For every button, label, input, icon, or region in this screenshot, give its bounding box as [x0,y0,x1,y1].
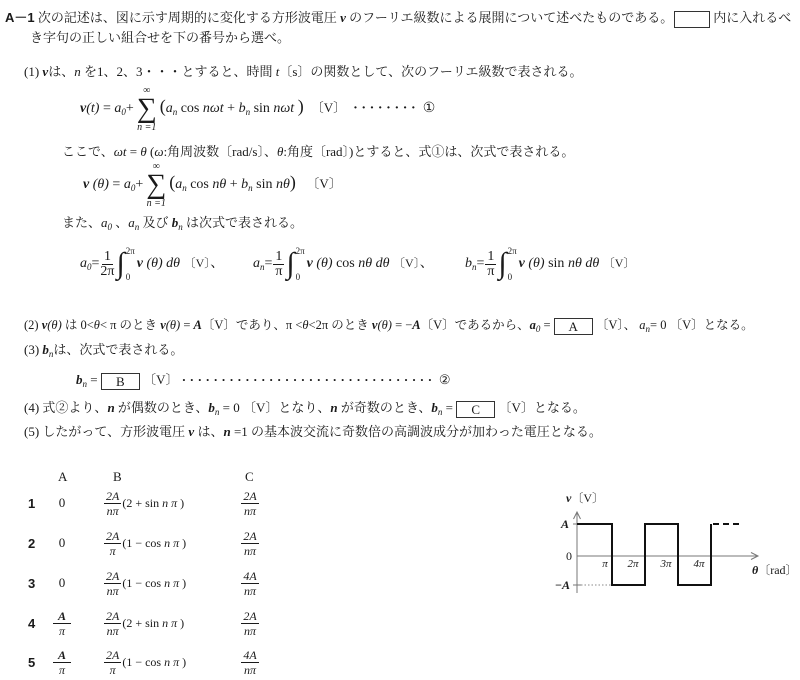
fraction: 2Anπ [104,489,121,518]
choice-c: 2Anπ [235,526,265,560]
choice-b: 2Anπ (2 + sin n π ) [103,486,184,520]
text: =1 の基本波交流に奇数倍の高調波成分が加わった電圧となる。 [234,424,602,439]
blank-box [674,11,710,28]
arg: nθ [212,177,226,192]
question-intro-line1: A－1 次の記述は、図に示す周期的に変化する方形波電圧 v のフーリエ級数による… [5,9,791,28]
sub: n [178,222,183,232]
text: は、 [48,64,74,79]
choice-c: 4Anπ [235,566,265,600]
plus: + [230,177,238,192]
plus: + [135,177,143,192]
lower-limit: 0 [296,272,305,282]
sub: n [135,222,140,232]
numerator: 2A [241,489,258,504]
arg: (θ) [166,318,180,332]
equals: = [90,372,97,387]
text: 、 [420,256,434,271]
arg: nθ [568,256,582,271]
integral: ∫2π0 [286,246,304,282]
tick-label-2pi: 2π [627,558,639,570]
denominator: nπ [107,584,119,598]
level-pos-label: A [560,517,569,531]
integral-icon: ∫ [286,247,294,281]
arg: (θ) [377,318,391,332]
integral-a0: a0=12π∫2π0v (θ) dθ 〔V〕、 [80,246,224,282]
var-v: v [307,256,313,271]
item-label: (3) [24,342,39,357]
numerator: 2A [241,529,258,544]
choice-a: 0 [47,526,77,560]
text: < π のとき [100,318,157,332]
text: 〔V〕、 [596,318,636,332]
sub: n [246,107,251,117]
expr: ) [180,616,184,631]
arg: nθ [358,256,372,271]
text: が偶数のとき、 [118,400,208,415]
choice-row-5: 5 Aπ 2Aπ (1 − cos n π ) 4Anπ [0,645,300,679]
text: は、次式で表される。 [53,342,183,357]
denominator: π [275,265,282,279]
choice-a: Aπ [47,645,77,679]
upper-limit: 2π [126,246,135,256]
numerator: 2A [104,489,121,504]
integral-icon: ∫ [498,247,506,281]
expr: (2 + sin [122,616,159,631]
item-4: (4) 式②より、n が偶数のとき、bn = 0 〔V〕となり、n が奇数のとき… [24,399,586,418]
tick-label-pi: π [602,558,608,570]
arg: (θ) [316,256,332,271]
numerator: 2A [104,529,121,544]
expr-var: n π [162,616,177,631]
fraction: 2Anπ [241,609,258,638]
lower-limit: 0 [508,272,517,282]
item-2: (2) v(θ) は 0<θ< π のとき v(θ) = A〔V〕であり、π <… [24,316,754,335]
fraction: 4Anπ [241,648,258,677]
equals: = [92,256,100,271]
expr: ) [182,655,186,670]
fraction: Aπ [53,609,71,638]
item-label: (5) [24,424,39,439]
denominator: nπ [107,504,119,518]
arg: (θ) [93,177,109,192]
sum-lower: n =1 [147,198,166,209]
column-header-c: C [245,468,254,486]
expr: (1 − cos [122,536,161,551]
fraction: 2Aπ [104,529,121,558]
plus: + [227,101,235,116]
level-neg-label: −A [555,578,570,592]
differential: dθ [585,256,599,271]
text: 式②より、 [42,400,107,415]
var-A: A [412,318,420,332]
text: <2π のとき [309,318,369,332]
choice-a: Aπ [47,606,77,640]
formula-bn: bn = B 〔V〕 ·····························… [76,371,451,390]
numerator: 2A [104,648,121,663]
numerator: 1 [102,250,113,265]
cos: cos [190,177,209,192]
square-wave-figure: v〔V〕 A 0 −A π 2π 3π 4π θ〔rad〕 [540,485,800,610]
choice-a: 0 [47,566,77,600]
text: 〔V〕であるから、 [421,318,530,332]
numerator: 1 [485,250,496,265]
denominator: nπ [244,663,256,677]
choice-a: 0 [47,486,77,520]
question-intro-line2: き字句の正しい組合せを下の番号から選べ。 [30,29,290,47]
denominator: π [487,265,494,279]
choice-c: 2Anπ [235,486,265,520]
item-1: (1) vは、n を1、2、3・・・とすると、時間 t〔s〕の関数として、次のフ… [24,63,583,81]
text: は、 [197,424,223,439]
fraction: 4Anπ [241,569,258,598]
text: :角周波数〔rad/s〕、 [164,144,277,159]
var-theta: θ [140,144,146,159]
fraction: 2Anπ [241,529,258,558]
blank-box-C: C [456,401,495,418]
numerator: 2A [104,569,121,584]
text: :角度〔rad〕)とすると、式①は、次式で表される。 [283,144,574,159]
sin: sin [548,256,564,271]
fraction: 2Anπ [241,489,258,518]
summation: ∞ ∑ n =1 [146,161,166,209]
equation-number: ② [439,372,451,387]
leader-dots: ········ [353,101,419,116]
denominator: nπ [107,624,119,638]
coefficient-intro: また、a0 、an 及び bn は次式で表される。 [62,214,303,232]
expr: ) [180,496,184,511]
sin: sin [254,101,270,116]
equals: = [265,256,273,271]
choice-number: 2 [28,526,35,560]
x-axis-label: θ〔rad〕 [752,563,798,577]
expr-var: n π [162,496,177,511]
integral: ∫2π0 [498,246,516,282]
item-5: (5) したがって、方形波電圧 v は、n =1 の基本波交流に奇数倍の高調波成… [24,423,602,441]
arg: (θ) [146,256,162,271]
formula-fourier-angle: v (θ) = a0+ ∞ ∑ n =1 (an cos nθ + bn sin… [83,161,342,209]
tick-label-3pi: 3π [659,558,672,570]
tick-label-4pi: 4π [693,558,705,570]
blank-box-A: A [554,318,593,335]
sub: n [248,183,253,193]
unit: 〔V〕 [603,256,636,270]
coef-bn: b [239,101,246,116]
item-label: (1) [24,64,39,79]
differential: dθ [166,256,180,271]
text: = − [395,318,412,332]
var-n: n [223,424,230,439]
text: したがって、方形波電圧 [42,424,185,439]
sub: n [182,183,187,193]
arg: nωt [203,101,224,116]
plus: + [126,101,134,116]
numerator: 4A [241,569,258,584]
numerator: 2A [241,609,258,624]
numerator: 4A [241,648,258,663]
sub: n [83,379,88,389]
choice-b: 2Anπ (2 + sin n π ) [103,606,184,640]
choice-row-1: 1 0 2Anπ (2 + sin n π ) 2Anπ [0,486,300,520]
fraction: 12π [100,250,114,279]
text: 及び [143,215,169,230]
var-omega-t: ωt [114,144,127,159]
expr: ) [182,576,186,591]
choice-row-2: 2 0 2Aπ (1 − cos n π ) 2Anπ [0,526,300,560]
numerator: 1 [273,250,284,265]
denominator: nπ [244,584,256,598]
integral: ∫2π0 [116,246,134,282]
text: また、 [62,215,101,230]
cos: cos [181,101,200,116]
choice-row-3: 3 0 2Anπ (1 − cos n π ) 4Anπ [0,566,300,600]
sum-icon: ∑ [146,172,166,198]
var-v: v [519,256,525,271]
item-3: (3) bnは、次式で表される。 [24,341,183,359]
level-zero-label: 0 [566,549,572,563]
choice-row-4: 4 Aπ 2Anπ (2 + sin n π ) 2Anπ [0,606,300,640]
column-header-b: B [113,468,122,486]
text: = 0 〔V〕となる。 [650,318,754,332]
intro-text-a: 次の記述は、図に示す周期的に変化する方形波電圧 [38,10,337,25]
coef-a0: a [80,256,87,271]
choice-b: 2Aπ (1 − cos n π ) [103,526,186,560]
expr: (1 − cos [122,576,161,591]
text: を1、2、3・・・とすると、時間 [84,64,273,79]
sub: n [438,407,443,417]
fraction: 2Anπ [104,609,121,638]
equals: = [112,177,120,192]
text: は次式で表される。 [186,215,303,230]
square-wave [577,524,711,585]
arg: (t) [86,101,99,116]
coef-bn: b [465,256,472,271]
arg: nθ [276,177,290,192]
leader-dots: ································ [182,372,436,387]
unit: 〔V〕 [571,491,604,505]
denominator: nπ [244,544,256,558]
choice-number: 5 [28,645,35,679]
item-label: (2) [24,318,39,332]
equation-number: ① [423,101,436,116]
text: 〔V〕となる。 [498,400,585,415]
var-v: v [83,177,89,192]
coef-a0: a [124,177,131,192]
numerator: A [53,609,71,624]
denominator: nπ [244,624,256,638]
var-omega: ω [154,144,163,159]
upper-limit: 2π [508,246,517,256]
item-label: (4) [24,400,39,415]
upper-limit: 2π [296,246,305,256]
expr: (2 + sin [122,496,159,511]
text: 〔s〕の関数として、次のフーリエ級数で表される。 [279,64,582,79]
integral-an: an=1π∫2π0v (θ) cos nθ dθ 〔V〕、 [253,246,434,282]
coef-an: a [166,101,173,116]
formula-fourier-time: v(t) = a0+ ∞ ∑ n =1 (an cos nωt + bn sin… [80,85,435,133]
equals: = [130,144,137,159]
sum-lower: n =1 [137,122,156,133]
denominator: π [110,663,116,677]
intro-text-c: 内に入れるべ [713,10,791,25]
choice-number: 1 [28,486,35,520]
equals: = [103,101,111,116]
numerator: 2A [104,609,121,624]
fraction: 2Anπ [104,569,121,598]
denominator: 2π [100,265,114,279]
lower-limit: 0 [126,272,135,282]
summation: ∞ ∑ n =1 [137,85,157,133]
differential: dθ [376,256,390,271]
expr: ) [182,536,186,551]
numerator: A [53,648,71,663]
var-v: v [188,424,194,439]
text: が奇数のとき、 [341,400,431,415]
choice-number: 3 [28,566,35,600]
unit: 〔rad〕 [758,563,797,577]
intro-text-b: のフーリエ級数による展開について述べたものである。 [349,10,673,25]
integral-icon: ∫ [116,247,124,281]
var-v: v [137,256,143,271]
integral-bn: bn=1π∫2π0v (θ) sin nθ dθ 〔V〕 [465,246,635,282]
sum-icon: ∑ [137,96,157,122]
text: 、 [115,215,128,230]
text: ここで、 [62,144,114,159]
coef-an: a [253,256,260,271]
sin: sin [256,177,272,192]
equals: = [477,256,485,271]
var-n: n [330,400,337,415]
arg: (θ) [528,256,544,271]
unit: 〔V〕 [143,372,178,387]
fraction: 1π [273,250,284,279]
text: 〔V〕であり、π < [202,318,303,332]
unit: 〔V〕 [311,100,346,115]
sub: n [215,407,220,417]
unit: 〔V〕 [184,256,211,270]
text: 、 [210,256,224,271]
question-id: A－1 [5,10,35,25]
denominator: π [59,624,65,638]
text: は 0< [65,318,94,332]
denominator: π [59,663,65,677]
choice-number: 4 [28,606,35,640]
fraction: 1π [485,250,496,279]
expr-var: n π [164,576,179,591]
var-A: A [194,318,202,332]
var-v: v [340,10,346,25]
expr-var: n π [164,536,179,551]
choice-c: 2Anπ [235,606,265,640]
choice-b: 2Anπ (1 − cos n π ) [103,566,186,600]
sub: 0 [108,222,113,232]
text: = 0 〔V〕となり、 [223,400,331,415]
paren: ) [298,96,304,116]
var-n: n [74,64,81,79]
equals: = [544,318,551,332]
equals: = [183,318,190,332]
unit: 〔V〕 [306,176,341,191]
fraction: Aπ [53,648,71,677]
expr-var: n π [164,655,179,670]
arg: (θ) [47,318,61,332]
fraction: 2Aπ [104,648,121,677]
arg: nωt [273,101,294,116]
equals: = [446,400,453,415]
choice-c: 4Anπ [235,645,265,679]
denominator: π [110,544,116,558]
blank-box-B: B [101,373,140,390]
column-header-a: A [58,468,67,486]
sub: n [173,107,178,117]
var-n: n [107,400,114,415]
y-axis-label: v〔V〕 [566,491,604,505]
unit: 〔V〕 [393,256,420,270]
denominator: nπ [244,504,256,518]
expr: (1 − cos [122,655,161,670]
paren: ) [290,172,296,192]
substitution-text: ここで、ωt = θ (ω:角周波数〔rad/s〕、θ:角度〔rad〕)とすると… [62,143,574,161]
choice-b: 2Aπ (1 − cos n π ) [103,645,186,679]
sub: 0 [536,324,541,334]
cos: cos [336,256,355,271]
